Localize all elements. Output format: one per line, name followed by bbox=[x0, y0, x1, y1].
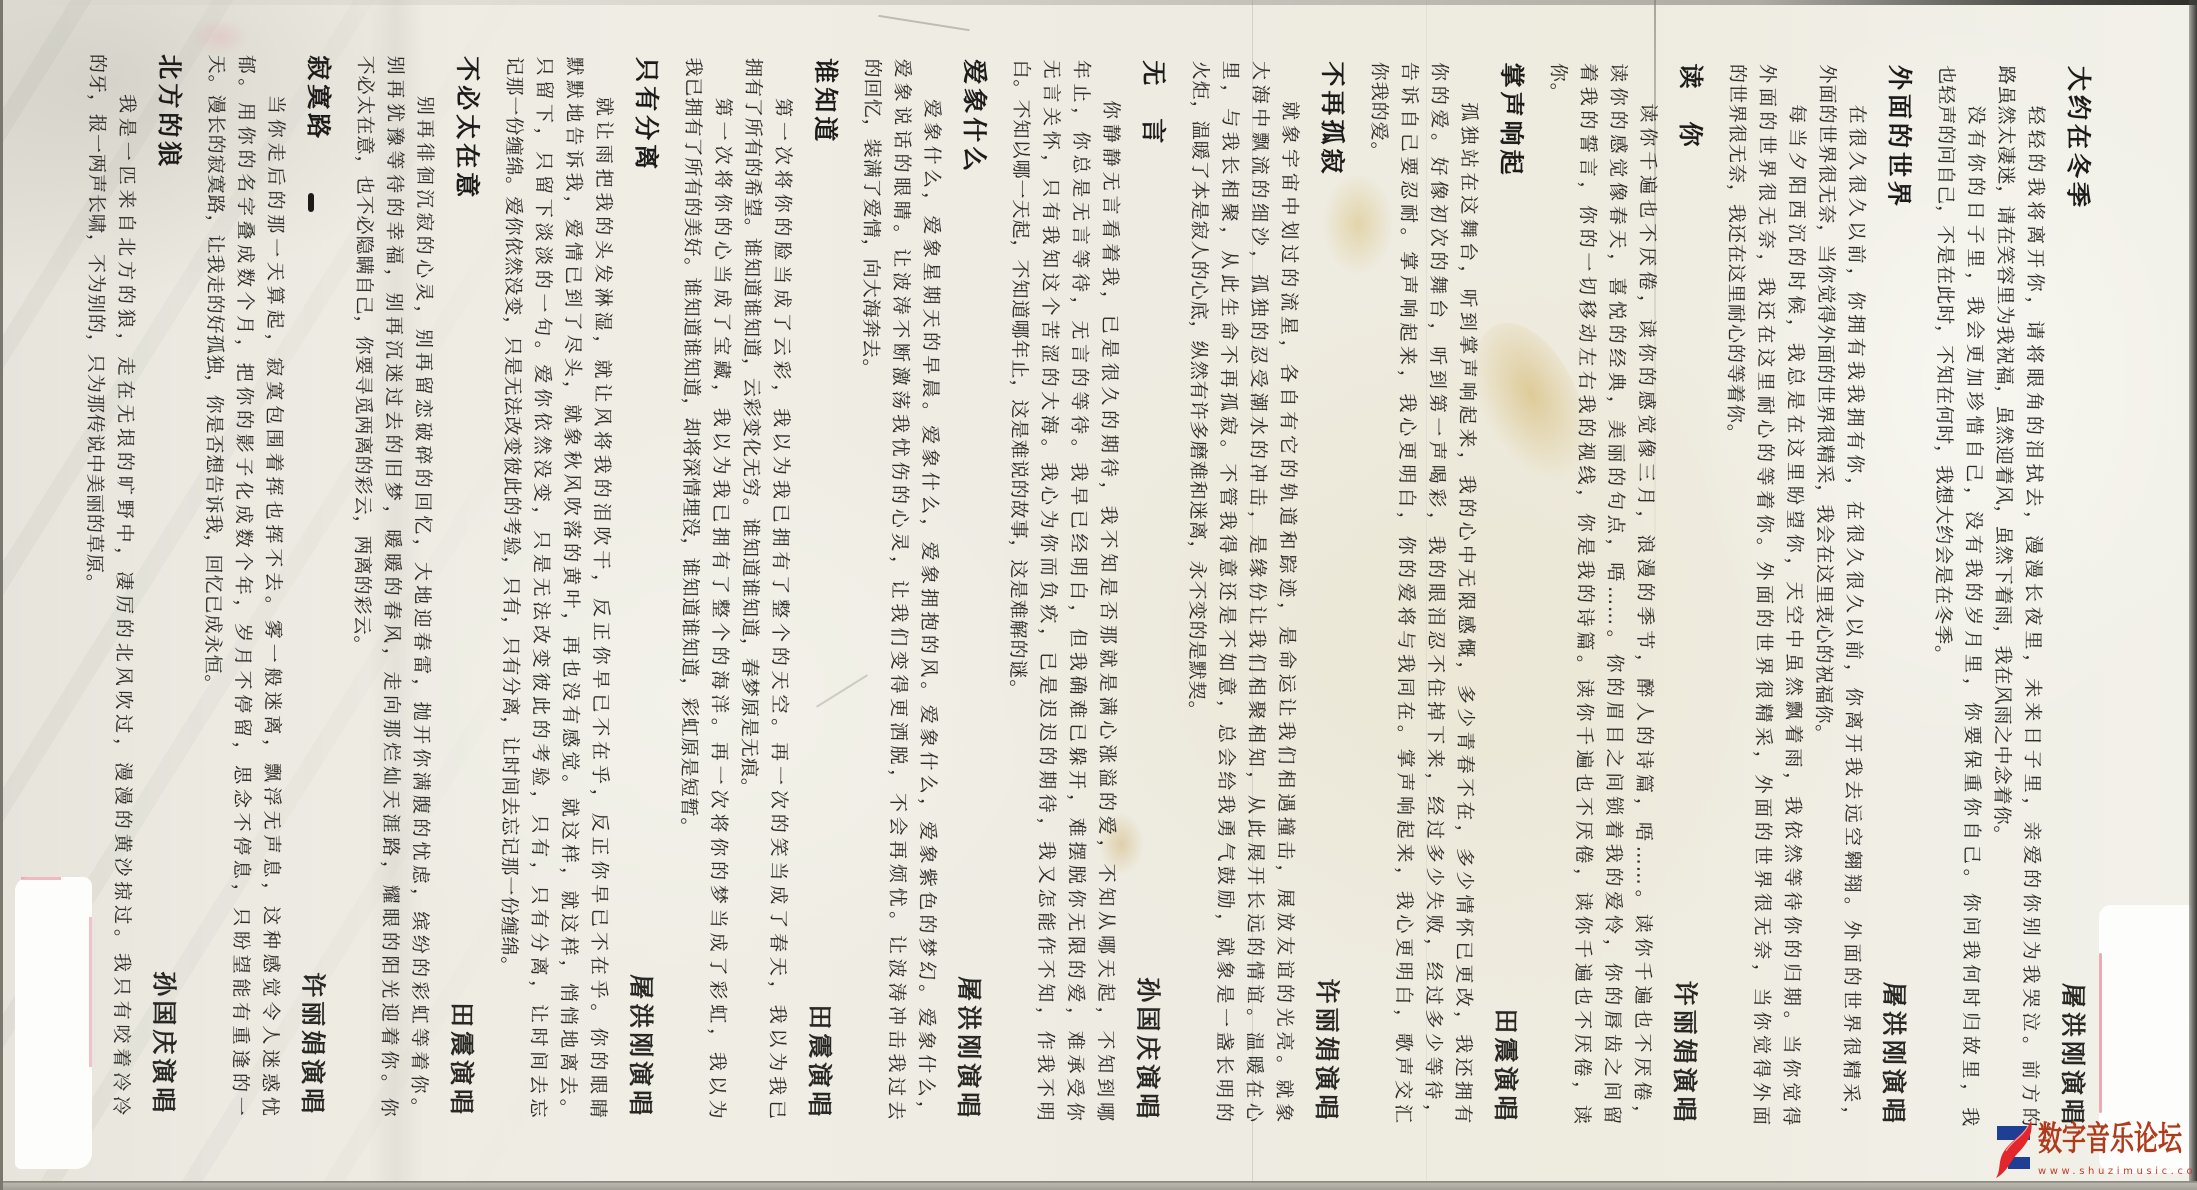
singer-credit: 孙国庆演唱 bbox=[147, 971, 180, 1116]
singer-credit: 许丽娟演唱 bbox=[1668, 980, 1701, 1125]
song-lyrics: 轻轻的我将离开你，请将眼角的泪拭去，漫漫长夜里，未来日子里，亲爱的你别为我哭泣。… bbox=[1925, 65, 2051, 1128]
song-title: 谁知道 bbox=[809, 58, 842, 145]
song-block: 谁知道 田震演唱 第一次将你的脸当成了云彩，我以为我已拥有了整个的天空。再一次的… bbox=[672, 57, 841, 1120]
song-lyrics: 爱象什么，爱象星期天的早晨。爱象什么，爱象拥抱的风。爱象什么，爱象紫色的梦幻。爱… bbox=[851, 59, 947, 1122]
song-block: 只有分离 屠洪刚演唱 就让雨把我的头发淋湿，就让风将我的泪吹干，反正你早已不在乎… bbox=[493, 56, 662, 1119]
song-header: 北方的狼 孙国庆演唱 bbox=[147, 54, 185, 1116]
song-title: 寂寞路 bbox=[302, 55, 335, 142]
song-lyrics: 别再徘徊沉寂的心灵，别再留恋破碎的回忆，大地迎春雷，抛开你满腹的忧虑，缤纷的彩虹… bbox=[344, 55, 440, 1118]
song-header: 不再孤寂 许丽娟演唱 bbox=[1310, 61, 1348, 1123]
lyrics-paragraph: 你静静无言看着我，已是很久的期待，我不知是否那就是满心涨溢的爱，不知从哪天起，不… bbox=[1000, 59, 1126, 1122]
watermark-url: www.shuzimusic.com bbox=[2038, 1166, 2197, 1177]
song-header: 掌声响起 田震演唱 bbox=[1489, 62, 1527, 1124]
song-lyrics: 在很久很久以前，你拥有我我拥有你，在很久很久以前，你离开我去远空翱翔。外面的世界… bbox=[1716, 64, 1872, 1127]
song-lyrics: 读你千遍也不厌倦，读你的感觉像三月，浪漫的季节，醉人的诗篇，唔……。读你千遍也不… bbox=[1537, 63, 1663, 1126]
singer-credit: 屠洪刚演唱 bbox=[624, 974, 657, 1119]
song-header: 读 你 许丽娟演唱 bbox=[1668, 64, 1706, 1126]
song-block: 大约在冬季 屠洪刚演唱 轻轻的我将离开你，请将眼角的泪拭去，漫漫长夜里，未来日子… bbox=[1925, 65, 2094, 1128]
song-header: 不必太在意 田震演唱 bbox=[445, 56, 483, 1118]
song-header: 爱象什么 屠洪刚演唱 bbox=[952, 59, 990, 1121]
song-header: 大约在冬季 屠洪刚演唱 bbox=[2056, 66, 2094, 1128]
singer-credit: 孙国庆演唱 bbox=[1131, 977, 1164, 1122]
song-title: 北方的狼 bbox=[153, 54, 186, 170]
song-title: 读 你 bbox=[1674, 64, 1707, 151]
lyrics-paragraph: 我是一匹来自北方的狼，走在无垠的旷野中，凄厉的北风吹过，漫漫的黄沙掠过。我只有咬… bbox=[76, 54, 142, 1116]
song-block: 读 你 许丽娟演唱 读你千遍也不厌倦，读你的感觉像三月，浪漫的季节，醉人的诗篇，… bbox=[1537, 63, 1706, 1126]
song-lyrics: 就让雨把我的头发淋湿，就让风将我的泪吹干，反正你早已不在乎，反正你早已不在乎。你… bbox=[493, 56, 619, 1119]
scanned-lyrics-sheet: 大约在冬季 屠洪刚演唱 轻轻的我将离开你，请将眼角的泪拭去，漫漫长夜里，未来日子… bbox=[0, 0, 2197, 1190]
lyrics-paragraph: 每当夕阳西沉的时候，我总是在这里盼望你，天空中虽然飘着雨，我依然等待你的归期。当… bbox=[1716, 64, 1812, 1127]
song-block: 不再孤寂 许丽娟演唱 就象宇宙中划过的流星，各自有它的轨道和踪迹，是命运让我们相… bbox=[1179, 61, 1348, 1124]
song-lyrics: 你静静无言看着我，已是很久的期待，我不知是否那就是满心涨溢的爱，不知从哪天起，不… bbox=[1000, 59, 1126, 1122]
song-title: 掌声响起 bbox=[1495, 62, 1528, 178]
lyrics-paragraph: 轻轻的我将离开你，请将眼角的泪拭去，漫漫长夜里，未来日子里，亲爱的你别为我哭泣。… bbox=[1985, 65, 2051, 1127]
lyrics-paragraph: 第一次将你的脸当成了云彩，我以为我已拥有了整个的天空。再一次的笑当成了春天，我以… bbox=[732, 58, 798, 1120]
song-block: 无 言 孙国庆演唱 你静静无言看着我，已是很久的期待，我不知是否那就是满心涨溢的… bbox=[1000, 59, 1169, 1122]
song-block: 外面的世界 屠洪刚演唱 在很久很久以前，你拥有我我拥有你，在很久很久以前，你离开… bbox=[1716, 64, 1915, 1127]
lyrics-paragraph: 就象宇宙中划过的流星，各自有它的轨道和踪迹，是命运让我们相遇撞击，展放友谊的光亮… bbox=[1179, 61, 1305, 1124]
song-title: 爱象什么 bbox=[958, 59, 991, 175]
lyrics-paragraph: 就让雨把我的头发淋湿，就让风将我的泪吹干，反正你早已不在乎，反正你早已不在乎。你… bbox=[493, 56, 619, 1119]
song-block: 掌声响起 田震演唱 孤独站在这舞台，听到掌声响起来，我的心中无限感慨，多少青春不… bbox=[1358, 62, 1527, 1125]
singer-credit: 屠洪刚演唱 bbox=[1877, 982, 1910, 1127]
song-header: 只有分离 屠洪刚演唱 bbox=[624, 57, 662, 1119]
song-header: 谁知道 田震演唱 bbox=[803, 58, 841, 1120]
song-block: 寂寞路 许丽娟演唱 当你走后的那一天算起，寂寞包围着挥也挥不去。雾一般迷离，飘浮… bbox=[195, 55, 334, 1118]
lyrics-paragraph: 在很久很久以前，你拥有我我拥有你，在很久很久以前，你离开我去远空翱翔。外面的世界… bbox=[1806, 64, 1872, 1126]
lyrics-page: 大约在冬季 屠洪刚演唱 轻轻的我将离开你，请将眼角的泪拭去，漫漫长夜里，未来日子… bbox=[0, 0, 2197, 1190]
song-lyrics: 就象宇宙中划过的流星，各自有它的轨道和踪迹，是命运让我们相遇撞击，展放友谊的光亮… bbox=[1179, 61, 1305, 1124]
lyrics-paragraph: 当你走后的那一天算起，寂寞包围着挥也挥不去。雾一般迷离，飘浮无声息，这种感觉令人… bbox=[195, 55, 291, 1118]
song-lyrics: 孤独站在这舞台，听到掌声响起来，我的心中无限感慨，多少青春不在，多少情怀已更改，… bbox=[1358, 62, 1484, 1125]
song-header: 外面的世界 屠洪刚演唱 bbox=[1877, 65, 1915, 1127]
watermark-logo: 数字音乐论坛 www.shuzimusic.com bbox=[1995, 1120, 2187, 1180]
singer-credit: 田震演唱 bbox=[803, 1004, 836, 1120]
watermark-name: 数字音乐论坛 bbox=[2038, 1122, 2182, 1156]
singer-credit: 许丽娟演唱 bbox=[1310, 978, 1343, 1123]
song-title: 大约在冬季 bbox=[2061, 66, 2094, 211]
lyrics-paragraph: 爱象什么，爱象星期天的早晨。爱象什么，爱象拥抱的风。爱象什么，爱象紫色的梦幻。爱… bbox=[851, 59, 947, 1122]
singer-credit: 田震演唱 bbox=[1489, 1008, 1522, 1124]
song-header: 寂寞路 许丽娟演唱 bbox=[296, 55, 334, 1117]
lyrics-paragraph: 没有你的日子里，我会更加珍惜自己，没有我的岁月里，你要保重你自己。你问我何时归故… bbox=[1925, 65, 1991, 1127]
lyrics-paragraph: 别再徘徊沉寂的心灵，别再留恋破碎的回忆，大地迎春雷，抛开你满腹的忧虑，缤纷的彩虹… bbox=[344, 55, 440, 1118]
singer-credit: 屠洪刚演唱 bbox=[952, 976, 985, 1121]
lyrics-paragraph: 第一次将你的心当成了宝藏，我以为我已拥有了整个的海洋。再一次将你的梦当成了彩虹，… bbox=[672, 57, 738, 1119]
song-block: 爱象什么 屠洪刚演唱 爱象什么，爱象星期天的早晨。爱象什么，爱象拥抱的风。爱象什… bbox=[851, 59, 990, 1122]
song-title: 无 言 bbox=[1137, 60, 1170, 147]
singer-credit: 田震演唱 bbox=[445, 1002, 478, 1118]
lyrics-paragraph: 孤独站在这舞台，听到掌声响起来，我的心中无限感慨，多少青春不在，多少情怀已更改，… bbox=[1358, 62, 1484, 1125]
song-lyrics: 当你走后的那一天算起，寂寞包围着挥也挥不去。雾一般迷离，飘浮无声息，这种感觉令人… bbox=[195, 55, 291, 1118]
z-swoosh-logo-icon bbox=[1995, 1120, 2033, 1178]
singer-credit: 许丽娟演唱 bbox=[296, 972, 329, 1117]
song-block: 北方的狼 孙国庆演唱 我是一匹来自北方的狼，走在无垠的旷野中，凄厉的北风吹过，漫… bbox=[76, 54, 185, 1117]
scan-skew-wrapper: 大约在冬季 屠洪刚演唱 轻轻的我将离开你，请将眼角的泪拭去，漫漫长夜里，未来日子… bbox=[0, 0, 2197, 1190]
song-title: 只有分离 bbox=[630, 57, 663, 173]
song-header: 无 言 孙国庆演唱 bbox=[1131, 60, 1169, 1122]
lyrics-paragraph: 读你千遍也不厌倦，读你的感觉像三月，浪漫的季节，醉人的诗篇，唔……。读你千遍也不… bbox=[1537, 63, 1663, 1126]
song-title: 外面的世界 bbox=[1882, 65, 1915, 210]
song-title: 不再孤寂 bbox=[1316, 61, 1349, 177]
song-block: 不必太在意 田震演唱 别再徘徊沉寂的心灵，别再留恋破碎的回忆，大地迎春雷，抛开你… bbox=[344, 55, 483, 1118]
song-lyrics: 第一次将你的脸当成了云彩，我以为我已拥有了整个的天空。再一次的笑当成了春天，我以… bbox=[672, 57, 798, 1120]
song-title: 不必太在意 bbox=[450, 56, 483, 201]
song-lyrics: 我是一匹来自北方的狼，走在无垠的旷野中，凄厉的北风吹过，漫漫的黄沙掠过。我只有咬… bbox=[76, 54, 142, 1116]
singer-credit: 屠洪刚演唱 bbox=[2056, 983, 2089, 1128]
